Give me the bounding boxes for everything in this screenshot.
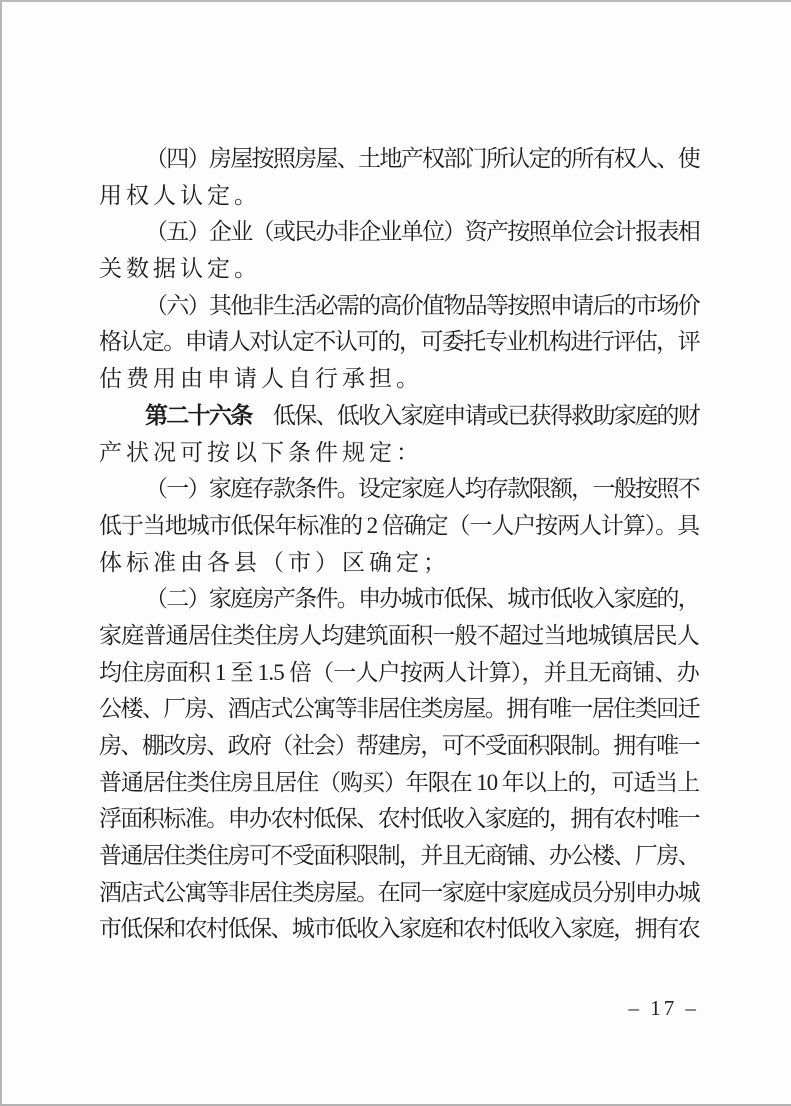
text-line: 家庭普通居住类住房人均建筑面积一般不超过当地城镇居民人 [99, 618, 699, 655]
text-line: （一）家庭存款条件。设定家庭人均存款限额，一般按照不 [99, 471, 699, 508]
page-number: – 17 – [629, 996, 700, 1021]
article-26-item-1: （一）家庭存款条件。设定家庭人均存款限额，一般按照不低于当地城市低保年标准的 2… [99, 471, 699, 581]
item-5: （五）企业（或民办非企业单位）资产按照单位会计报表相关数据认定。 [99, 214, 699, 287]
text-line: 市低保和农村低保、城市低收入家庭和农村低收入家庭，拥有农 [99, 911, 699, 948]
text-line: 房、棚改房、政府（社会）帮建房，可不受面积限制。拥有唯一 [99, 728, 699, 765]
item-4: （四）房屋按照房屋、土地产权部门所认定的所有权人、使用权人认定。 [99, 141, 699, 214]
text-line: 关数据认定。 [99, 251, 699, 288]
article-26-item-2: （二）家庭房产条件。申办城市低保、城市低收入家庭的，家庭普通居住类住房人均建筑面… [99, 581, 699, 948]
text-line: 产状况可按以下条件规定： [99, 435, 699, 472]
text-line: 估费用由申请人自行承担。 [99, 361, 699, 398]
text-line: （六）其他非生活必需的高价值物品等按照申请后的市场价 [99, 288, 699, 325]
text-line: 普通居住类住房可不受面积限制，并且无商铺、办公楼、厂房、 [99, 838, 699, 875]
text-line: 酒店式公寓等非居住类房屋。在同一家庭中家庭成员分别申办城 [99, 875, 699, 912]
text-line: 用权人认定。 [99, 178, 699, 215]
text-line: （五）企业（或民办非企业单位）资产按照单位会计报表相 [99, 214, 699, 251]
text-line: 公楼、厂房、酒店式公寓等非居住类房屋。拥有唯一居住类回迁 [99, 691, 699, 728]
item-6: （六）其他非生活必需的高价值物品等按照申请后的市场价格认定。申请人对认定不认可的… [99, 288, 699, 398]
article-heading: 第二十六条 [145, 403, 252, 428]
text-line: 低于当地城市低保年标准的 2 倍确定（一人户按两人计算）。具 [99, 508, 699, 545]
document-body: （四）房屋按照房屋、土地产权部门所认定的所有权人、使用权人认定。（五）企业（或民… [99, 141, 699, 948]
scan-speck [469, 164, 472, 167]
text-line: 第二十六条 低保、低收入家庭申请或已获得救助家庭的财 [99, 398, 699, 435]
text-line: （四）房屋按照房屋、土地产权部门所认定的所有权人、使 [99, 141, 699, 178]
scanned-document-page: （四）房屋按照房屋、土地产权部门所认定的所有权人、使用权人认定。（五）企业（或民… [0, 0, 791, 1106]
text-line: 格认定。申请人对认定不认可的，可委托专业机构进行评估，评 [99, 324, 699, 361]
text-line: 普通居住类住房且居住（购买）年限在 10 年以上的，可适当上 [99, 765, 699, 802]
text-line: 体标准由各县（市）区确定； [99, 545, 699, 582]
article-26: 第二十六条 低保、低收入家庭申请或已获得救助家庭的财产状况可按以下条件规定： [99, 398, 699, 471]
text-line: 浮面积标准。申办农村低保、农村低收入家庭的，拥有农村唯一 [99, 801, 699, 838]
text-line: 均住房面积 1 至 1.5 倍（一人户按两人计算），并且无商铺、办 [99, 655, 699, 692]
text-line: （二）家庭房产条件。申办城市低保、城市低收入家庭的， [99, 581, 699, 618]
